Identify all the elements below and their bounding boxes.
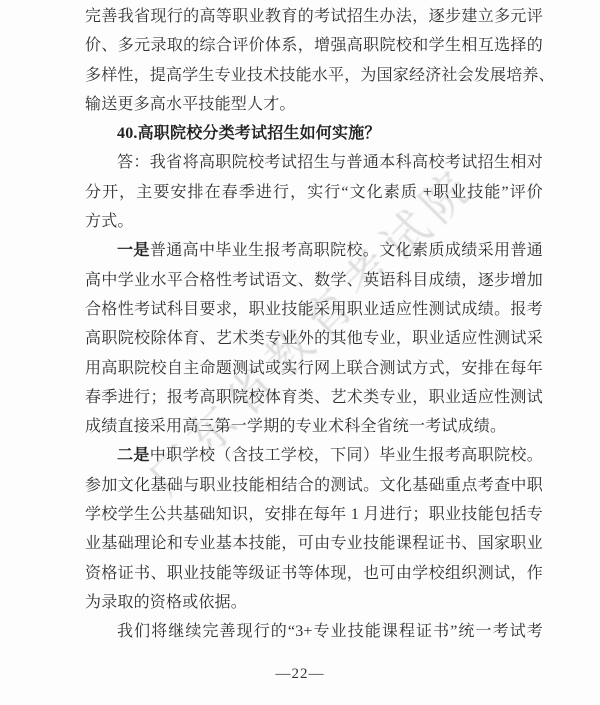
text-line: 业基础理论和专业基本技能，可由专业技能课程证书、国家职业 bbox=[85, 529, 543, 558]
text-line: 学校学生公共基础知识，安排在每年 1 月进行；职业技能包括专 bbox=[85, 500, 543, 529]
text-line: 资格证书、职业技能等级证书等体现，也可由学校组织测试，作 bbox=[85, 559, 543, 588]
text-line: 二是中职学校（含技工学校，下同）毕业生报考高职院校。 bbox=[85, 441, 543, 470]
text-line: 用高职院校自主命题测试或实行网上联合测试方式，安排在每年 bbox=[85, 354, 543, 383]
page-number: —22— bbox=[0, 666, 600, 683]
document-body: 完善我省现行的高等职业教育的考试招生办法，逐步建立多元评 价、多元录取的综合评价… bbox=[85, 2, 543, 647]
text-line: 合格性考试科目要求，职业技能采用职业适应性测试成绩。报考 bbox=[85, 295, 543, 324]
text-line: 我们将继续完善现行的“3+专业技能课程证书”统一考试考 bbox=[85, 617, 543, 646]
text-line: 高中学业水平合格性考试语文、数学、英语科目成绩，逐步增加 bbox=[85, 266, 543, 295]
text-line: 参加文化基础与职业技能相结合的测试。文化基础重点考查中职 bbox=[85, 471, 543, 500]
text-line: 为录取的资格或依据。 bbox=[85, 588, 543, 617]
text-line: 高职院校除体育、艺术类专业外的其他专业，职业适应性测试采 bbox=[85, 324, 543, 353]
text-line: 输送更多高水平技能型人才。 bbox=[85, 90, 543, 119]
text-line: 成绩直接采用高三第一学期的专业术科全省统一考试成绩。 bbox=[85, 412, 543, 441]
list-marker: 一是 bbox=[117, 242, 150, 259]
text-line: 春季进行；报考高职院校体育类、艺术类专业，职业适应性测试 bbox=[85, 383, 543, 412]
text-line: 多样性，提高学生专业技术技能水平，为国家经济社会发展培养、 bbox=[85, 61, 543, 90]
document-page: 广东省教育考试院 完善我省现行的高等职业教育的考试招生办法，逐步建立多元评 价、… bbox=[0, 0, 600, 705]
text-line: 答：我省将高职院校考试招生与普通本科高校考试招生相对 bbox=[85, 148, 543, 177]
text-line: 完善我省现行的高等职业教育的考试招生办法，逐步建立多元评 bbox=[85, 2, 543, 31]
text-span: 普通高中毕业生报考高职院校。文化素质成绩采用普通 bbox=[150, 242, 543, 259]
text-span: 中职学校（含技工学校，下同）毕业生报考高职院校。 bbox=[150, 447, 543, 464]
text-line: 方式。 bbox=[85, 207, 543, 236]
question-heading: 40.高职院校分类考试招生如何实施？ bbox=[85, 119, 543, 148]
text-line: 价、多元录取的综合评价体系，增强高职院校和学生相互选择的 bbox=[85, 31, 543, 60]
list-marker: 二是 bbox=[117, 447, 150, 464]
text-line: 分开，主要安排在春季进行，实行“文化素质 +职业技能”评价 bbox=[85, 178, 543, 207]
text-line: 一是普通高中毕业生报考高职院校。文化素质成绩采用普通 bbox=[85, 236, 543, 265]
